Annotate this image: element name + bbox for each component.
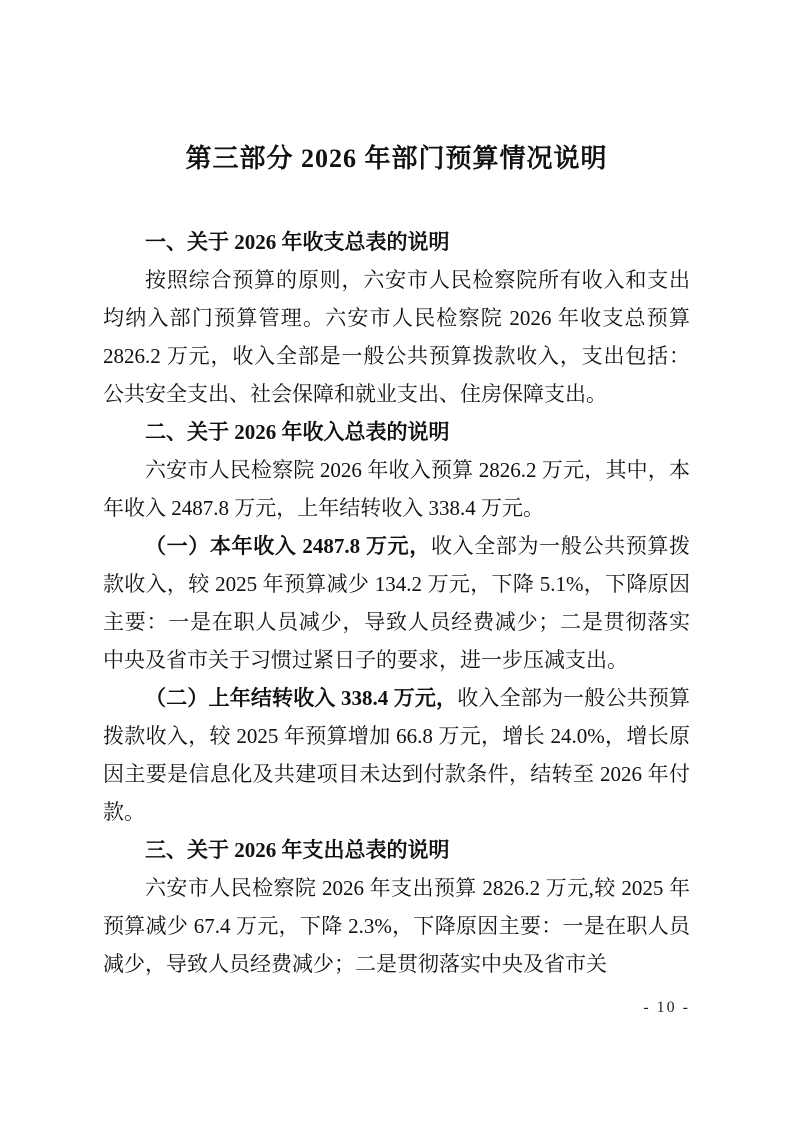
page-number: - 10 - xyxy=(643,998,690,1018)
paragraph: （一）本年收入 2487.8 万元，收入全部为一般公共预算拨款收入，较 2025… xyxy=(103,527,690,679)
document-body: 一、关于 2026 年收支总表的说明 按照综合预算的原则，六安市人民检察院所有收… xyxy=(103,223,690,983)
section-heading-expenditure-summary: 三、关于 2026 年支出总表的说明 xyxy=(103,831,690,869)
paragraph-text: 六安市人民检察院 2026 年收入预算 2826.2 万元，其中，本年收入 24… xyxy=(103,458,690,520)
paragraph: 六安市人民检察院 2026 年支出预算 2826.2 万元,较 2025 年预算… xyxy=(103,869,690,983)
paragraph: 按照综合预算的原则，六安市人民检察院所有收入和支出均纳入部门预算管理。六安市人民… xyxy=(103,261,690,413)
paragraph-text: 按照综合预算的原则，六安市人民检察院所有收入和支出均纳入部门预算管理。六安市人民… xyxy=(103,268,690,406)
section-heading-income-summary: 二、关于 2026 年收入总表的说明 xyxy=(103,413,690,451)
document-title: 第三部分 2026 年部门预算情况说明 xyxy=(103,143,690,175)
document-page: 第三部分 2026 年部门预算情况说明 一、关于 2026 年收支总表的说明 按… xyxy=(0,0,793,1122)
paragraph-lead: （一）本年收入 2487.8 万元， xyxy=(145,534,431,558)
paragraph-text: 六安市人民检察院 2026 年支出预算 2826.2 万元,较 2025 年预算… xyxy=(103,876,690,976)
paragraph-lead: （二）上年结转收入 338.4 万元， xyxy=(145,686,457,710)
paragraph: 六安市人民检察院 2026 年收入预算 2826.2 万元，其中，本年收入 24… xyxy=(103,451,690,527)
section-heading-income-expenditure-summary: 一、关于 2026 年收支总表的说明 xyxy=(103,223,690,261)
paragraph: （二）上年结转收入 338.4 万元，收入全部为一般公共预算拨款收入，较 202… xyxy=(103,679,690,831)
